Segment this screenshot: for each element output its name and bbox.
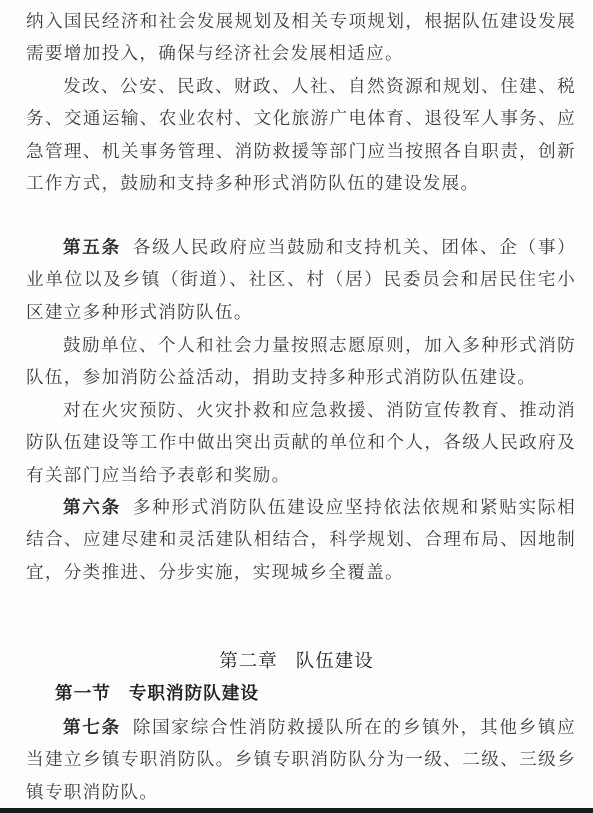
paragraph-departments: 发改、公安、民政、财政、人社、自然资源和规划、住建、税务、交通运输、农业农村、文… <box>26 71 576 201</box>
article-label: 第六条 <box>63 497 121 518</box>
section-title: 专职消防队建设 <box>129 683 259 704</box>
chapter-number: 第二章 <box>219 651 278 672</box>
paragraph-text: 鼓励单位、个人和社会力量按照志愿原则，加入多种形式消防队伍，参加消防公益活动，捐… <box>26 336 576 388</box>
page-bottom-border <box>0 808 593 813</box>
article-6: 第六条多种形式消防队伍建设应坚持依法依规和紧贴实际相结合、应建尽建和灵活建队相结… <box>26 492 576 589</box>
paragraph-encourage: 鼓励单位、个人和社会力量按照志愿原则，加入多种形式消防队伍，参加消防公益活动，捐… <box>26 330 576 395</box>
paragraph-funding: 纳入国民经济和社会发展规划及相关专项规划，根据队伍建设发展需要增加投入，确保与经… <box>26 6 576 71</box>
article-5: 第五条各级人民政府应当鼓励和支持机关、团体、企（事）业单位以及乡镇（街道）、社区… <box>26 232 576 329</box>
paragraph-text: 发改、公安、民政、财政、人社、自然资源和规划、住建、税务、交通运输、农业农村、文… <box>26 77 576 194</box>
chapter-heading: 第二章队伍建设 <box>0 647 593 673</box>
article-label: 第七条 <box>63 717 121 738</box>
paragraph-commendation: 对在火灾预防、火灾扑救和应急救援、消防宣传教育、推动消防队伍建设等工作中做出突出… <box>26 395 576 492</box>
paragraph-text: 对在火灾预防、火灾扑救和应急救援、消防宣传教育、推动消防队伍建设等工作中做出突出… <box>26 401 576 486</box>
section-heading: 第一节专职消防队建设 <box>55 680 259 705</box>
article-7: 第七条除国家综合性消防救援队所在的乡镇外，其他乡镇应当建立乡镇专职消防队。乡镇专… <box>26 712 576 809</box>
section-number: 第一节 <box>55 683 111 704</box>
document-page: 纳入国民经济和社会发展规划及相关专项规划，根据队伍建设发展需要增加投入，确保与经… <box>0 0 593 808</box>
chapter-title: 队伍建设 <box>296 651 374 672</box>
article-label: 第五条 <box>63 237 121 258</box>
paragraph-text: 纳入国民经济和社会发展规划及相关专项规划，根据队伍建设发展需要增加投入，确保与经… <box>26 12 576 64</box>
